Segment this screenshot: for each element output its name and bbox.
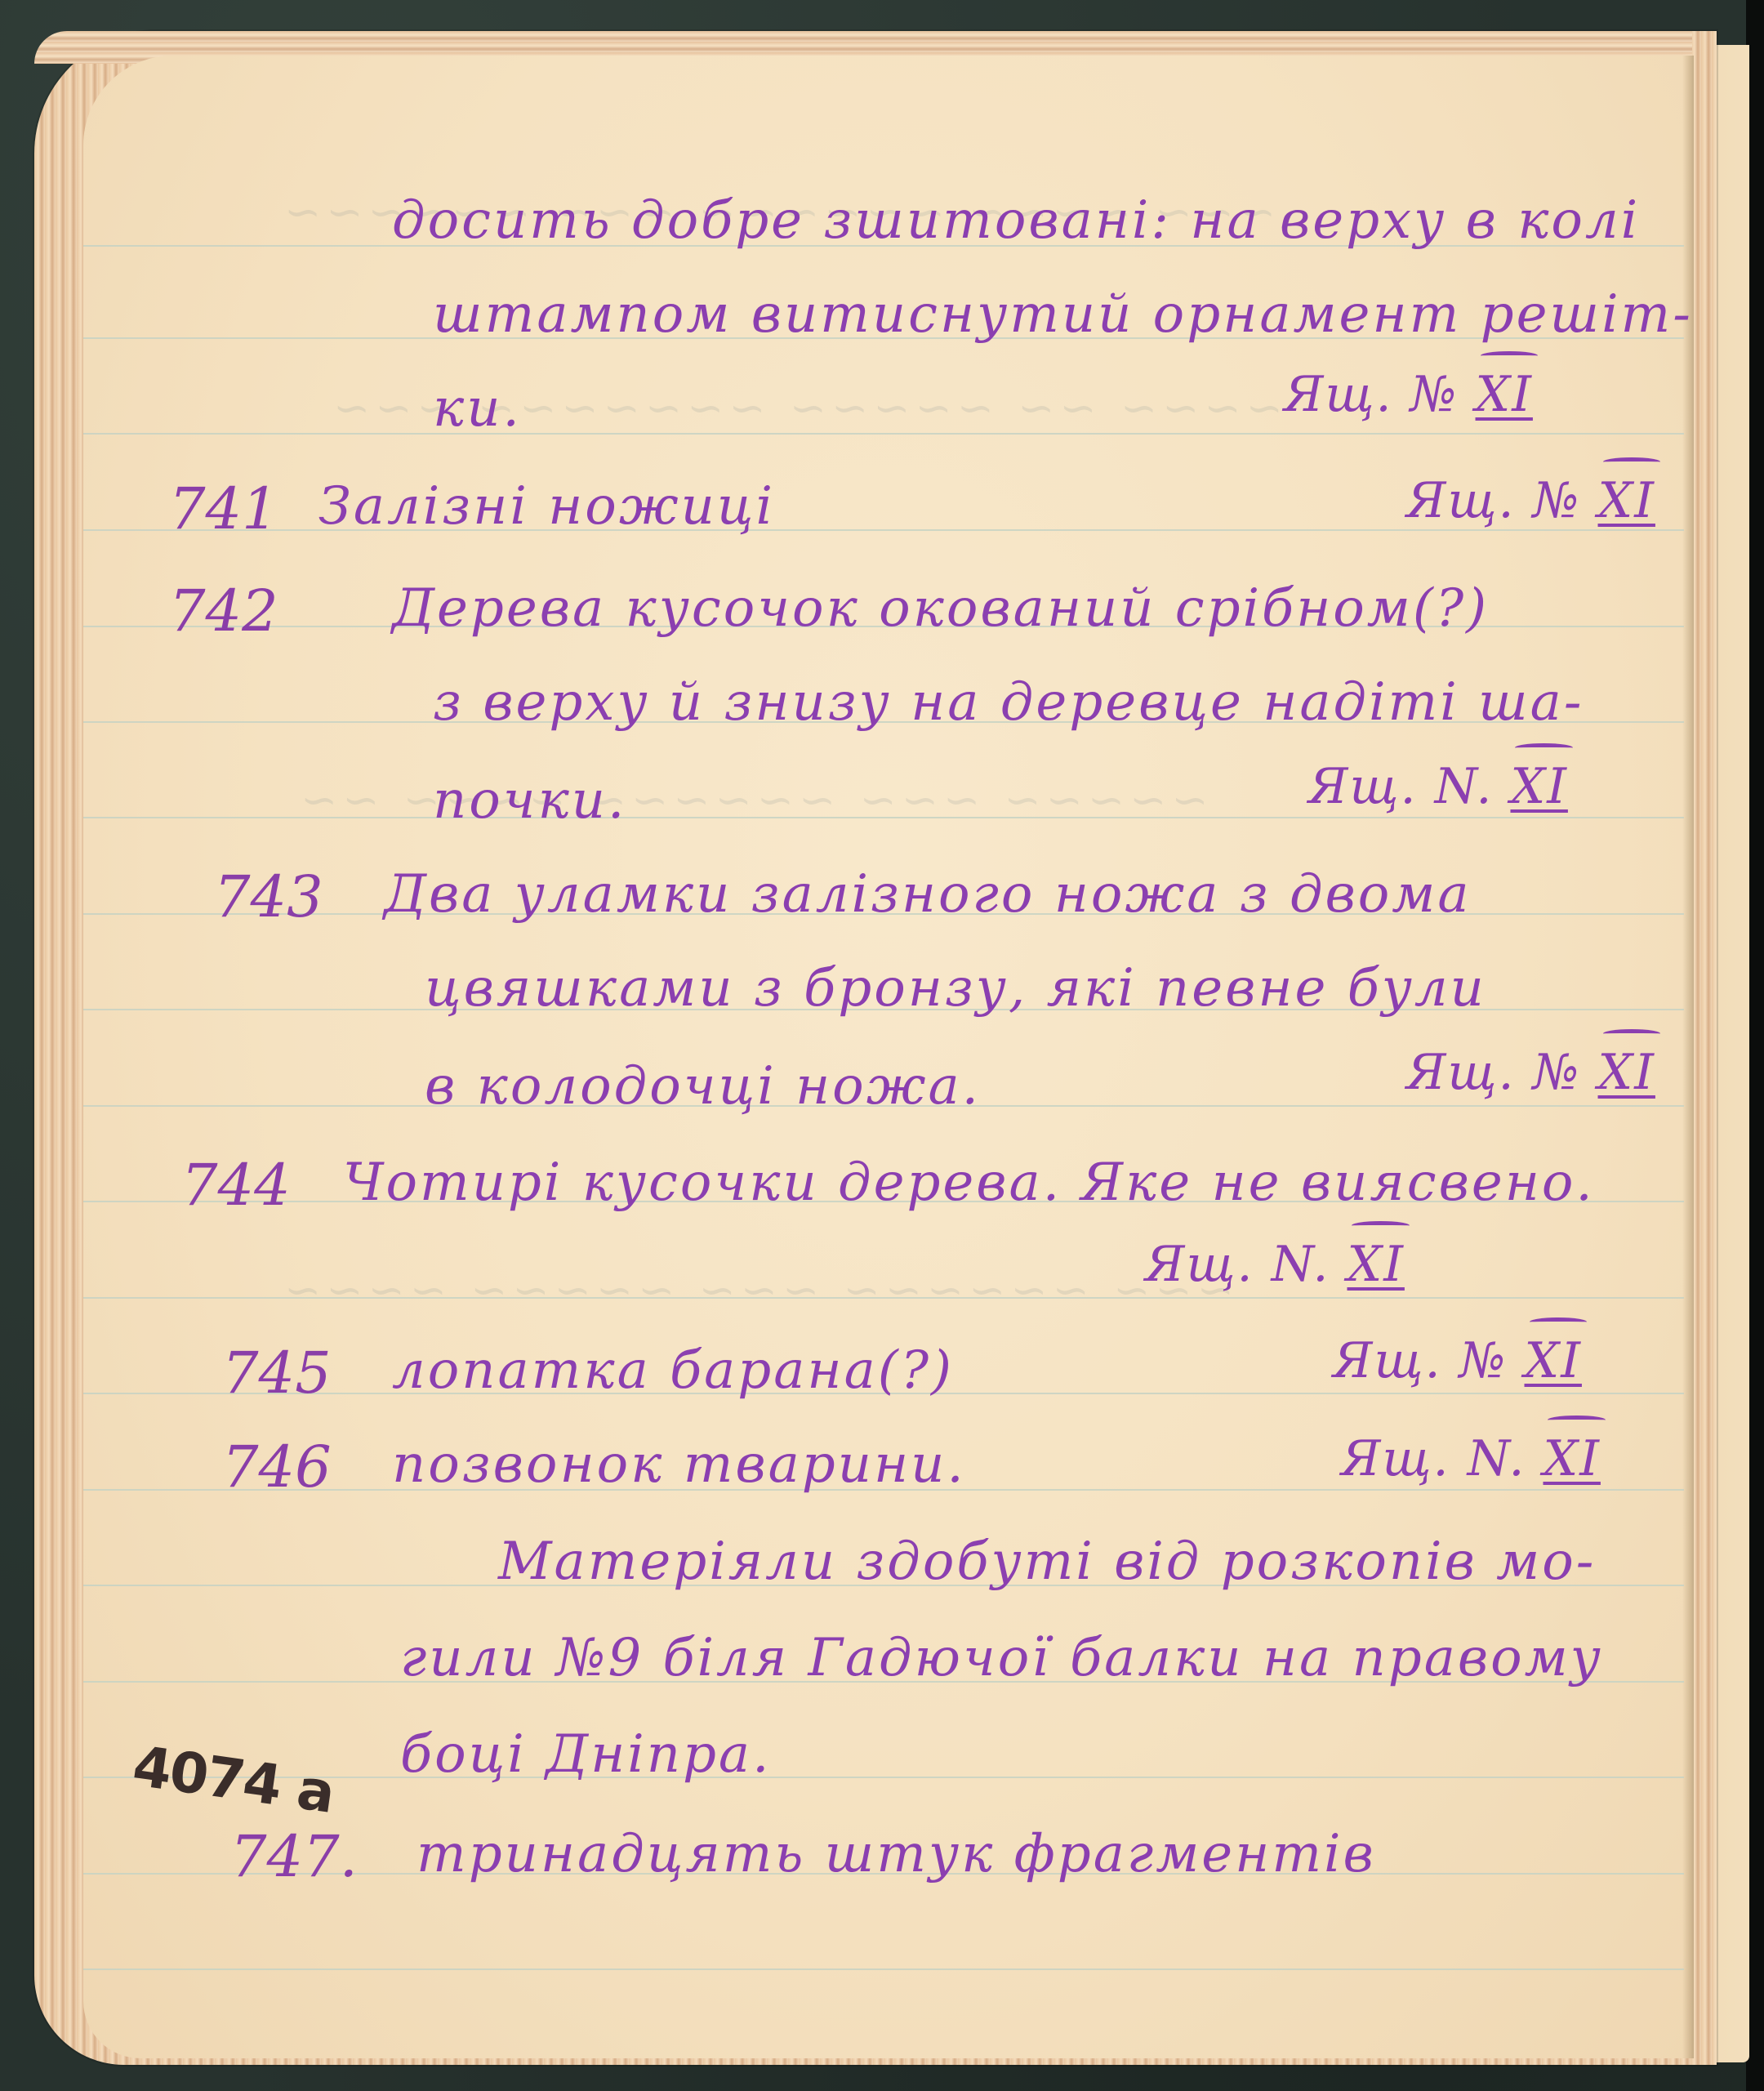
entry-number: 741 (169, 480, 278, 537)
entry-text: позвонок тварини. (392, 1438, 966, 1491)
entry-text: тринадцять штук фрагментів (416, 1828, 1376, 1880)
entry-number: 746 (222, 1438, 332, 1496)
entry-text: Дерева кусочок окований срібном(?) (392, 582, 1489, 635)
box-number: XI (1598, 472, 1655, 529)
box-number: XI (1598, 1044, 1655, 1101)
margin-stamp: 4074 а (129, 1734, 337, 1826)
box-reference: Ящ. № XI (1406, 1048, 1655, 1097)
entry-number: 745 (222, 1344, 332, 1402)
entry-text: Два уламки залізного ножа з двома (384, 868, 1472, 921)
entry-number: 744 (181, 1157, 291, 1214)
box-reference: Ящ. № XI (1333, 1336, 1582, 1385)
continuation-line-2: штампом витиснутий орнамент решіт- (433, 288, 1693, 341)
entry-text: цвяшками з бронзу, які певне були (425, 962, 1486, 1014)
box-number: XI (1543, 1430, 1600, 1487)
entry-text: Залізні ножиці (318, 480, 775, 533)
continuation-line-1: досить добре зшитовані: на верху в колі (392, 194, 1640, 247)
page-gutter (1682, 56, 1694, 2058)
section-note-line-3: боці Дніпра. (400, 1728, 771, 1781)
section-note-line-2: гили №9 біля Гадючої балки на правому (400, 1632, 1603, 1684)
box-number: XI (1510, 758, 1567, 815)
box-number: XI (1347, 1236, 1404, 1293)
entry-number: 743 (214, 868, 323, 925)
box-reference: Ящ. N. XI (1341, 1434, 1601, 1483)
continuation-line-3: ки. (433, 382, 522, 435)
entry-text: лопатка барана(?) (392, 1344, 954, 1397)
entry-text: з верху й знизу на деревце надіті ша- (433, 676, 1584, 729)
ruled-line (83, 1968, 1684, 1970)
box-reference: Ящ. № XI (1284, 370, 1533, 419)
entry-number: 742 (169, 582, 278, 640)
box-number: XI (1476, 366, 1533, 423)
box-number: XI (1525, 1332, 1582, 1389)
box-reference: Ящ. N. XI (1145, 1240, 1405, 1289)
entry-text: Чотирі кусочки дерева. Яке не виясвено. (343, 1157, 1595, 1209)
box-reference: Ящ. N. XI (1308, 762, 1568, 811)
entry-number: 747. (230, 1828, 358, 1885)
entry-text: в колодочці ножа. (425, 1060, 981, 1112)
notebook-page: ~~~ ~~~~ ~~~~~~ ~~~ ~~~~~~ ~~~~ ~~ ~~~~~… (83, 56, 1694, 2058)
entry-text: почки. (433, 774, 626, 827)
box-reference: Ящ. № XI (1406, 476, 1655, 525)
section-note-line-1: Матеріяли здобуті від розкопів мо- (498, 1536, 1596, 1588)
bleed-through-text: ~~~ ~~~~~~ ~~~ ~~~~~ ~~~~ (279, 1264, 1234, 1316)
